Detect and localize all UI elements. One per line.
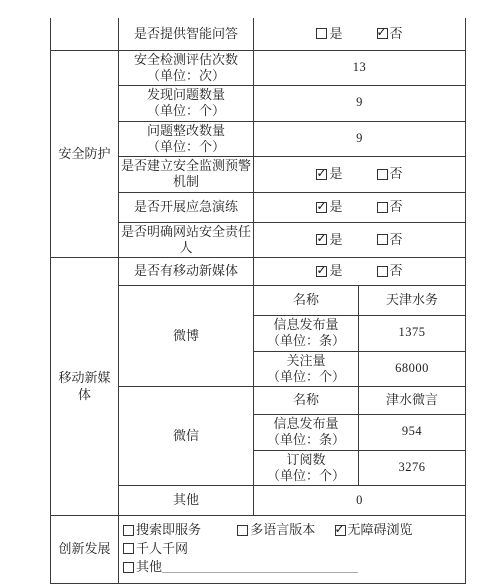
checkbox-icon[interactable] [123, 525, 134, 536]
checkbox-icon[interactable] [377, 266, 388, 277]
table-row: 是否提供智能问答 是 否 [51, 18, 466, 50]
has-media-no-option: 否 [377, 263, 403, 279]
drill-yes-option: 是 [316, 199, 342, 215]
drill-no-option: 否 [377, 199, 403, 215]
option-label: 无障碍浏览 [348, 522, 413, 538]
no-label: 否 [390, 166, 403, 182]
no-label: 否 [390, 199, 403, 215]
table-row: 移动新媒体 是否有移动新媒体 是 否 [51, 258, 466, 286]
officer-no-option: 否 [377, 232, 403, 248]
row-label-media-other: 其他 [119, 486, 254, 516]
group-label-weibo: 微博 [119, 286, 254, 387]
option-label: 多语言版本 [250, 522, 315, 538]
value-cell-has-media: 是 否 [254, 258, 466, 286]
yes-label: 是 [329, 232, 342, 248]
row-label-assess-count: 安全检测评估次数 （单位：次） [119, 50, 254, 86]
officer-yes-option: 是 [316, 232, 342, 248]
value-cell-smart-qa: 是 否 [254, 18, 466, 50]
yes-label: 是 [329, 199, 342, 215]
row-label-weibo-name: 名称 [254, 286, 359, 316]
smart-qa-yes-option: 是 [316, 26, 342, 42]
checkbox-icon[interactable] [377, 202, 388, 213]
value-cell-problems-fixed: 9 [254, 121, 466, 157]
value-cell-weibo-name: 天津水务 [359, 286, 466, 316]
category-cell-innovation: 创新发展 [51, 516, 119, 584]
option-multilingual: 多语言版本 [237, 522, 315, 538]
row-label-emergency-drill: 是否开展应急演练 [119, 192, 254, 222]
option-label: 千人千网 [136, 541, 188, 557]
other-fill-in-line[interactable] [162, 561, 358, 573]
checkbox-icon[interactable] [377, 28, 388, 39]
option-accessibility: 无障碍浏览 [335, 522, 413, 538]
value-cell-wechat-posts: 954 [359, 415, 466, 451]
checkbox-icon[interactable] [316, 266, 327, 277]
row-label-problems-fixed: 问题整改数量 （单位：个） [119, 121, 254, 157]
yes-label: 是 [329, 166, 342, 182]
no-label: 否 [390, 232, 403, 248]
row-label-smart-qa: 是否提供智能问答 [119, 18, 254, 50]
yes-label: 是 [329, 263, 342, 279]
category-cell-mobile: 移动新媒体 [51, 258, 119, 516]
option-thousand-sites: 千人千网 [123, 541, 188, 557]
smart-qa-no-option: 否 [377, 26, 403, 42]
has-media-yes-option: 是 [316, 263, 342, 279]
value-cell-security-officer: 是 否 [254, 222, 466, 258]
row-label-weibo-followers: 关注量 （单位：个） [254, 351, 359, 387]
value-cell-weibo-followers: 68000 [359, 351, 466, 387]
option-other: 其他 [123, 559, 162, 575]
checkbox-icon[interactable] [377, 169, 388, 180]
monitor-yes-option: 是 [316, 166, 342, 182]
no-label: 否 [390, 263, 403, 279]
value-cell-media-other: 0 [254, 486, 466, 516]
row-label-monitor-mechanism: 是否建立安全监测预警 机制 [119, 157, 254, 193]
monitor-no-option: 否 [377, 166, 403, 182]
category-cell-security: 安全防护 [51, 50, 119, 258]
option-search-as-service: 搜索即服务 [123, 522, 201, 538]
table-row: 安全防护 安全检测评估次数 （单位：次） 13 [51, 50, 466, 86]
innovation-line-3: 其他 [123, 559, 462, 577]
checkbox-icon[interactable] [316, 169, 327, 180]
value-cell-problems-found: 9 [254, 86, 466, 122]
checkbox-icon[interactable] [123, 562, 134, 573]
row-label-weibo-posts: 信息发布量 （单位：条） [254, 316, 359, 352]
row-label-wechat-name: 名称 [254, 387, 359, 415]
checkbox-icon[interactable] [237, 525, 248, 536]
category-cell-empty [51, 18, 119, 50]
table-row: 创新发展 搜索即服务 多语言版本 无障碍浏览 千人千网 其他 [51, 516, 466, 584]
report-table: 是否提供智能问答 是 否 安全防护 安全检测评估次数 （单位：次） 13 发现问… [50, 18, 466, 584]
value-cell-monitor-mechanism: 是 否 [254, 157, 466, 193]
value-cell-wechat-name: 津水微言 [359, 387, 466, 415]
row-label-problems-found: 发现问题数量 （单位：个） [119, 86, 254, 122]
row-label-security-officer: 是否明确网站安全责任 人 [119, 222, 254, 258]
option-label: 其他 [136, 559, 162, 575]
value-cell-assess-count: 13 [254, 50, 466, 86]
innovation-options-cell: 搜索即服务 多语言版本 无障碍浏览 千人千网 其他 [119, 516, 466, 584]
checkbox-icon[interactable] [316, 234, 327, 245]
checkbox-icon[interactable] [335, 525, 346, 536]
yes-label: 是 [329, 26, 342, 42]
checkbox-icon[interactable] [316, 28, 327, 39]
value-cell-weibo-posts: 1375 [359, 316, 466, 352]
checkbox-icon[interactable] [316, 202, 327, 213]
innovation-line-1: 搜索即服务 多语言版本 无障碍浏览 [123, 522, 462, 540]
row-label-has-media: 是否有移动新媒体 [119, 258, 254, 286]
row-label-wechat-posts: 信息发布量 （单位：条） [254, 415, 359, 451]
value-cell-wechat-subs: 3276 [359, 450, 466, 486]
innovation-line-2: 千人千网 [123, 541, 462, 559]
group-label-wechat: 微信 [119, 387, 254, 486]
option-label: 搜索即服务 [136, 522, 201, 538]
no-label: 否 [390, 26, 403, 42]
checkbox-icon[interactable] [123, 543, 134, 554]
row-label-wechat-subs: 订阅数 （单位：个） [254, 450, 359, 486]
value-cell-emergency-drill: 是 否 [254, 192, 466, 222]
checkbox-icon[interactable] [377, 234, 388, 245]
